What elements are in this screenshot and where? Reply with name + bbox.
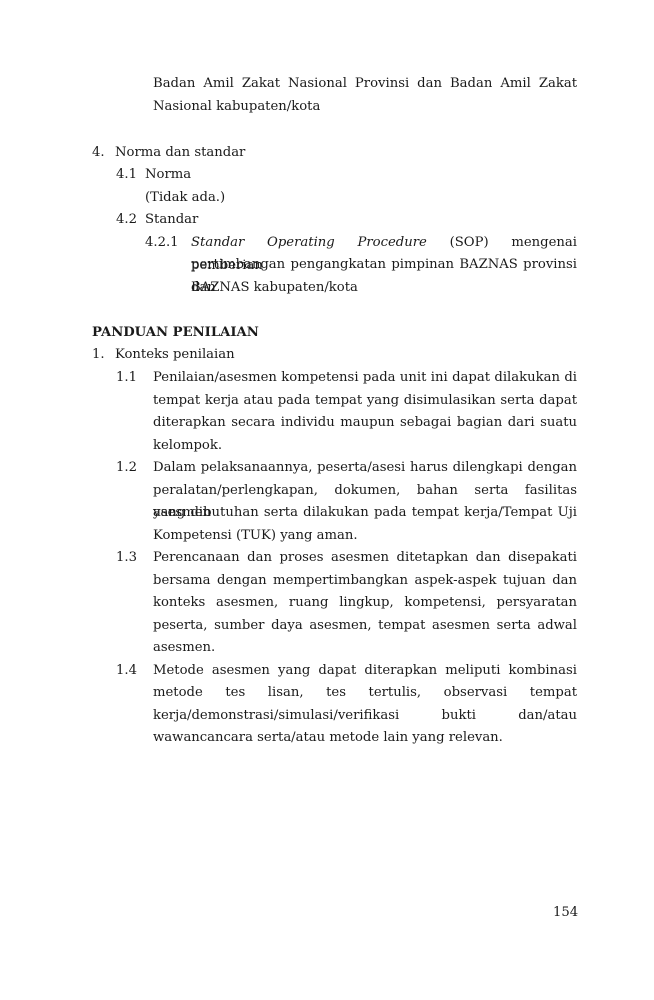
item-4-1-body: (Tidak ada.): [145, 187, 225, 210]
item-4-1-number: 4.1: [116, 164, 137, 187]
section-4-title: Norma dan standar: [115, 142, 245, 165]
item-4-2-1-number: 4.2.1: [145, 232, 179, 255]
item-line: tempat kerja atau pada tempat yang disim…: [153, 390, 577, 413]
item-line: yang dibutuhan serta dilakukan pada temp…: [153, 502, 577, 525]
item-number: 1.1: [116, 367, 137, 390]
panduan-1-number: 1.: [92, 344, 105, 367]
item-number: 1.4: [116, 660, 137, 683]
item-line: Perencanaan dan proses asesmen ditetapka…: [153, 547, 577, 570]
item-line: Penilaian/asesmen kompetensi pada unit i…: [153, 367, 577, 390]
sop-italic-term: Standar Operating Procedure: [191, 235, 427, 250]
section-4-number: 4.: [92, 142, 105, 165]
item-line: diterapkan secara individu maupun sebaga…: [153, 412, 577, 435]
item-line: Metode asesmen yang dapat diterapkan mel…: [153, 660, 577, 683]
page-number: 154: [553, 902, 578, 925]
item-line: wawancancara serta/atau metode lain yang…: [153, 727, 503, 750]
item-line: peserta, sumber daya asesmen, tempat ase…: [153, 615, 577, 638]
item-line: Kompetensi (TUK) yang aman.: [153, 525, 358, 548]
item-number: 1.3: [116, 547, 137, 570]
item-line: kelompok.: [153, 435, 222, 458]
item-4-1-title: Norma: [145, 164, 191, 187]
continuation-line-2: Nasional kabupaten/kota: [153, 96, 320, 119]
item-line: Dalam pelaksanaannya, peserta/asesi haru…: [153, 457, 577, 480]
item-line: bersama dengan mempertimbangkan aspek-as…: [153, 570, 577, 593]
continuation-line-1: Badan Amil Zakat Nasional Provinsi dan B…: [153, 73, 577, 96]
item-line: kerja/demonstrasi/simulasi/verifikasi bu…: [153, 705, 577, 728]
item-4-2-number: 4.2: [116, 209, 137, 232]
item-line: asesmen.: [153, 637, 215, 660]
item-4-2-1-line-3: BAZNAS kabupaten/kota: [191, 277, 358, 300]
panduan-heading: PANDUAN PENILAIAN: [92, 322, 259, 345]
item-line: metode tes lisan, tes tertulis, observas…: [153, 682, 577, 705]
item-line: konteks asesmen, ruang lingkup, kompeten…: [153, 592, 577, 615]
panduan-1-title: Konteks penilaian: [115, 344, 235, 367]
item-number: 1.2: [116, 457, 137, 480]
item-4-2-title: Standar: [145, 209, 198, 232]
